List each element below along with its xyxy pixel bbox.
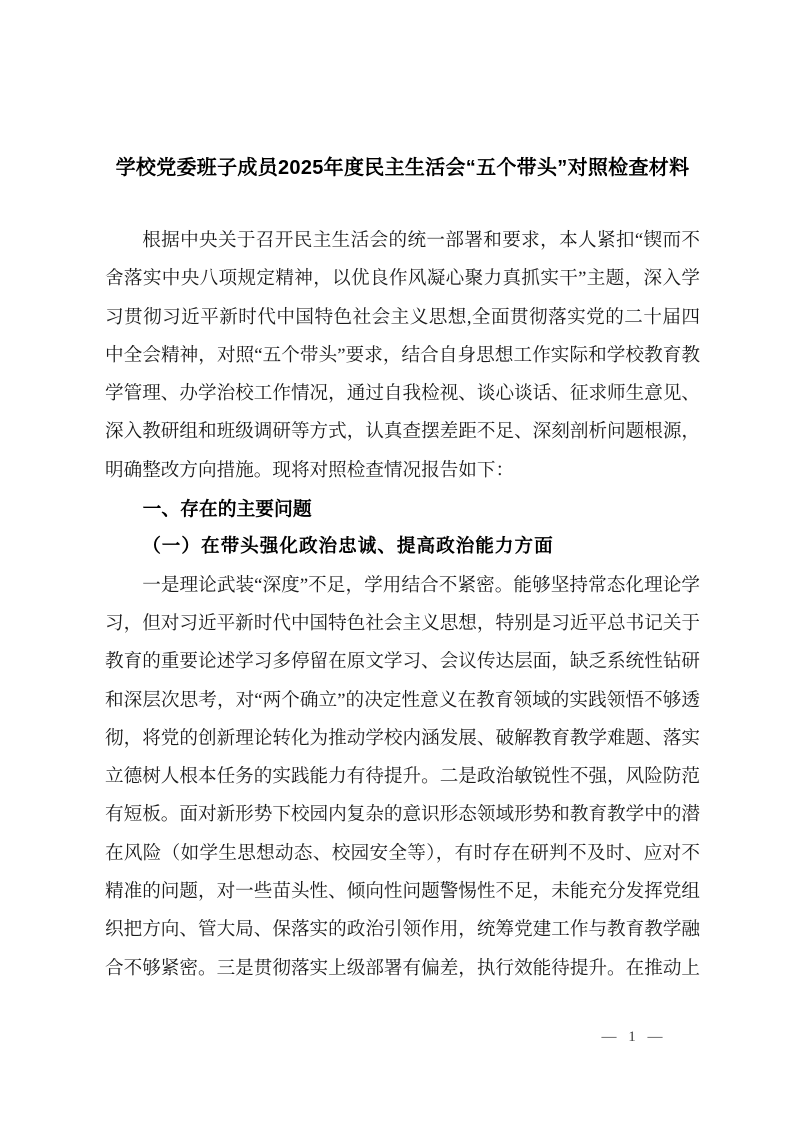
document-title: 学校党委班子成员2025年度民主生活会“五个带头”对照检查材料 xyxy=(105,148,700,183)
intro-paragraph: 根据中央关于召开民主生活会的统一部署和要求，本人紧扣“锲而不舍落实中央八项规定精… xyxy=(105,222,700,490)
section-1-heading: 一、存在的主要问题 xyxy=(105,490,700,528)
page-footer: — 1 — xyxy=(0,1028,793,1046)
section-1-1-heading: （一）在带头强化政治忠诚、提高政治能力方面 xyxy=(105,528,700,566)
document-content: 学校党委班子成员2025年度民主生活会“五个带头”对照检查材料 根据中央关于召开… xyxy=(105,148,700,988)
section-1-1-body: 一是理论武装“深度”不足，学用结合不紧密。能够坚持常态化理论学习，但对习近平新时… xyxy=(105,567,700,988)
document-page: 学校党委班子成员2025年度民主生活会“五个带头”对照检查材料 根据中央关于召开… xyxy=(0,0,793,1122)
page-number: — 1 — xyxy=(602,1029,667,1046)
